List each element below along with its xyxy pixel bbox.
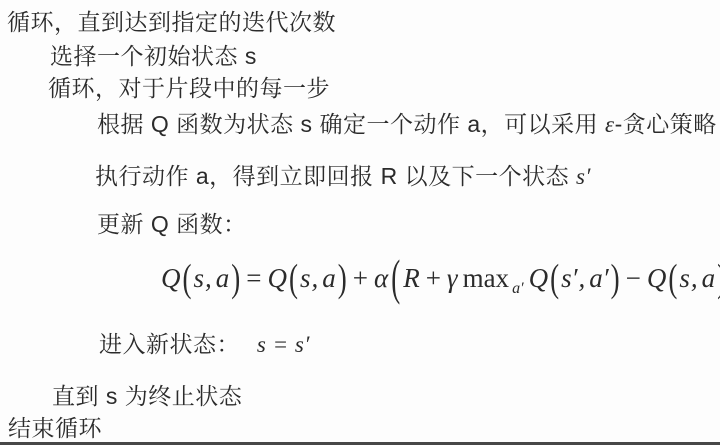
formula-token: s [678, 263, 691, 294]
formula-token: Q [528, 263, 550, 294]
formula-token: Q [646, 263, 668, 294]
formula-token: ) [230, 256, 241, 301]
formula-token: ( [549, 256, 560, 301]
formula-token: a [215, 263, 231, 294]
formula-token: Q [267, 263, 289, 294]
formula-token: + [348, 263, 373, 294]
formula-token: = [241, 263, 266, 294]
formula-token: ) [716, 256, 720, 301]
formula-token: a′ [588, 263, 609, 294]
formula-token: s [299, 263, 312, 294]
formula-token: s′ [560, 263, 578, 294]
formula-token: + [421, 263, 446, 294]
algo-line-end-loop: 结束循环 [8, 415, 102, 441]
formula-token: ( [667, 256, 678, 301]
formula-token: s [193, 263, 206, 294]
algo-line-choose-state: 选择一个初始状态 s [50, 43, 257, 69]
algo-line-loop-outer: 循环，直到达到指定的迭代次数 [7, 9, 336, 35]
formula-token: ) [610, 256, 621, 301]
formula-token: ( [389, 249, 402, 306]
algo-line-select-action: 根据 Q 函数为状态 s 确定一个动作 a，可以采用 ε-贪心策略 [97, 111, 717, 138]
algo-line-until-terminal: 直到 s 为终止状态 [52, 383, 242, 409]
alpha-symbol: α [373, 263, 389, 294]
algorithm-document: 循环，直到达到指定的迭代次数 选择一个初始状态 s 循环，对于片段中的每一步 根… [0, 0, 720, 445]
next-state-symbol: s′ [576, 164, 591, 189]
formula-token: − [621, 263, 646, 294]
formula-token: R [402, 263, 421, 294]
epsilon-symbol: ε [605, 112, 615, 137]
formula-token: , [312, 263, 322, 294]
formula-token: ( [182, 256, 193, 301]
algo-line-loop-inner: 循环，对于片段中的每一步 [48, 75, 330, 101]
formula-token: , [691, 263, 701, 294]
algo-line-update-q: 更新 Q 函数： [97, 211, 247, 237]
gamma-symbol: γ [446, 263, 459, 294]
algo-line-execute-action: 执行动作 a，得到立即回报 R 以及下一个状态 s′ [95, 163, 591, 190]
max-subscript: a′ [509, 280, 528, 298]
algo-line-new-state: 进入新状态： s = s′ [99, 331, 310, 358]
execute-action-text: 执行动作 a，得到立即回报 R 以及下一个状态 [95, 163, 576, 189]
formula-token: ( [288, 256, 299, 301]
formula-token: , [205, 263, 215, 294]
select-action-text: 根据 Q 函数为状态 s 确定一个动作 a，可以采用 [97, 111, 605, 137]
state-assignment: s = s′ [247, 332, 310, 357]
select-action-text-tail: -贪心策略 [615, 111, 717, 137]
formula-token: , [578, 263, 588, 294]
q-update-formula: Q ( s , a ) = Q ( s , a ) + α ( R + γ ma… [160, 254, 720, 302]
formula-token: Q [160, 263, 182, 294]
formula-token: a [321, 263, 337, 294]
formula-token: ) [337, 256, 348, 301]
formula-token: a [701, 263, 717, 294]
new-state-text: 进入新状态： [99, 331, 240, 357]
max-operator: max [459, 263, 510, 294]
